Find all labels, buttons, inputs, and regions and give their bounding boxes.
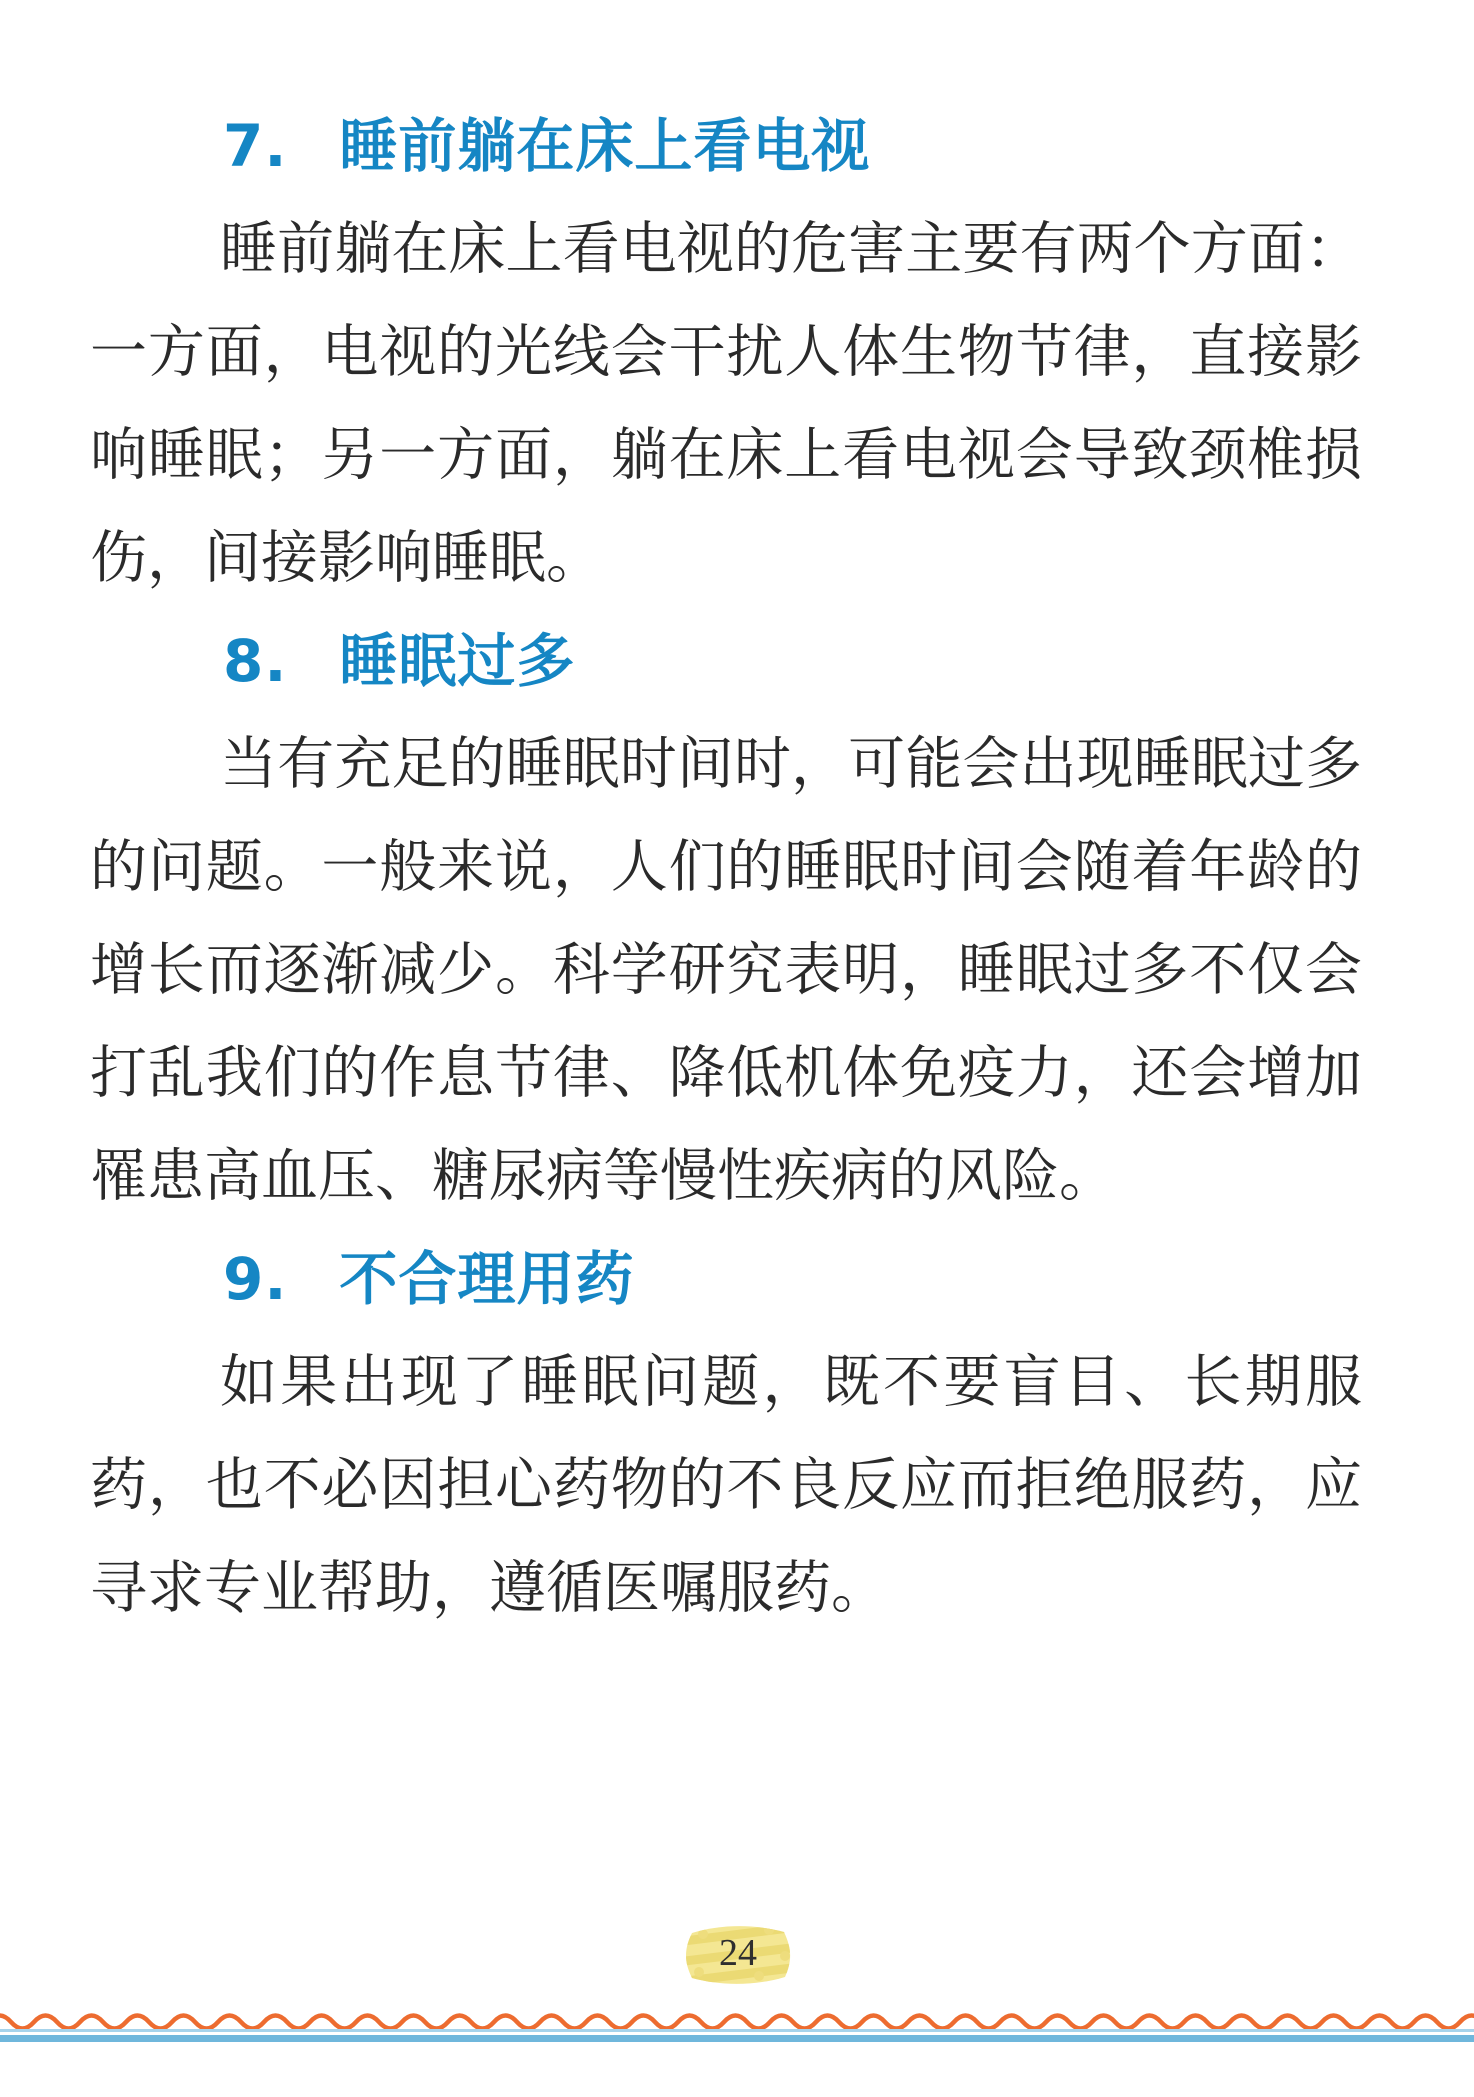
section-8-paragraph: 当有充足的睡眠时间时，可能会出现睡眠过多的问题。一般来说，人们的睡眠时间会随着年… [90, 713, 1362, 1228]
section-7-number: 7. [223, 112, 287, 180]
page-number: 24 [681, 1934, 795, 1972]
section-9-heading: 9.不合理用药 [90, 1228, 1362, 1331]
section-8: 8.睡眠过多 当有充足的睡眠时间时，可能会出现睡眠过多的问题。一般来说，人们的睡… [90, 610, 1362, 1228]
section-7-title: 睡前躺在床上看电视 [339, 112, 870, 180]
section-8-heading: 8.睡眠过多 [90, 610, 1362, 713]
divider-line-thin [0, 2029, 1474, 2032]
divider-line-thick [0, 2035, 1474, 2042]
section-9: 9.不合理用药 如果出现了睡眠问题，既不要盲目、长期服药，也不必因担心药物的不良… [90, 1228, 1362, 1640]
section-7-paragraph: 睡前躺在床上看电视的危害主要有两个方面：一方面，电视的光线会干扰人体生物节律，直… [90, 198, 1362, 610]
section-7-heading: 7.睡前躺在床上看电视 [90, 95, 1362, 198]
section-7: 7.睡前躺在床上看电视 睡前躺在床上看电视的危害主要有两个方面：一方面，电视的光… [90, 95, 1362, 610]
page-number-badge: 24 [681, 1920, 795, 1990]
section-9-title: 不合理用药 [339, 1245, 634, 1313]
section-8-title: 睡眠过多 [339, 627, 575, 695]
section-9-paragraph: 如果出现了睡眠问题，既不要盲目、长期服药，也不必因担心药物的不良反应而拒绝服药，… [90, 1331, 1362, 1640]
section-9-number: 9. [223, 1245, 287, 1313]
section-8-number: 8. [223, 627, 287, 695]
page-content: 7.睡前躺在床上看电视 睡前躺在床上看电视的危害主要有两个方面：一方面，电视的光… [90, 95, 1362, 1640]
